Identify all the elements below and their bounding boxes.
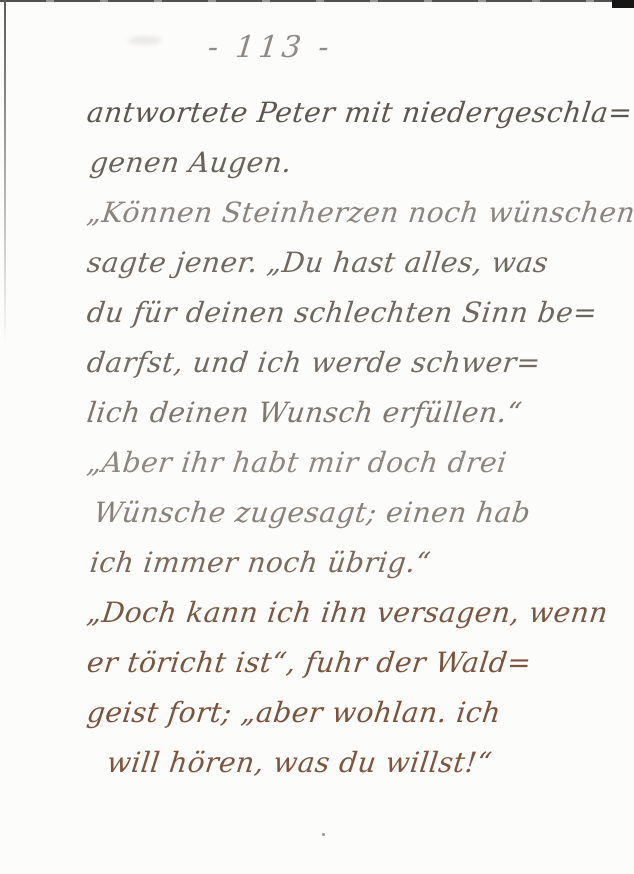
scan-artifact-top-edge <box>0 0 634 2</box>
handwritten-line: „Aber ihr habt mir doch drei <box>84 438 610 488</box>
handwritten-line: ich immer noch übrig.“ <box>84 538 610 588</box>
scan-artifact-speck <box>322 833 325 836</box>
handwritten-line: Wünsche zugesagt; einen hab <box>84 488 610 538</box>
handwritten-line: will hören, was du willst!“ <box>84 738 610 788</box>
handwritten-line: geist fort; „aber wohlan. ich <box>84 688 610 738</box>
handwritten-line: sagte jener. „Du hast alles, was <box>84 238 610 288</box>
handwritten-line: er töricht ist“, fuhr der Wald= <box>84 638 610 688</box>
page-number: - 113 - <box>206 30 334 65</box>
scan-artifact-smudge <box>128 36 162 45</box>
handwritten-line: genen Augen. <box>84 138 610 188</box>
scanned-manuscript-page: - 113 - antwortete Peter mit niedergesch… <box>0 0 634 874</box>
handwritten-line: lich deinen Wunsch erfüllen.“ <box>84 388 610 438</box>
handwritten-line: antwortete Peter mit niedergeschla= <box>84 88 610 138</box>
scan-artifact-left-edge <box>4 0 6 345</box>
handwritten-line: „Doch kann ich ihn versagen, wenn <box>84 588 610 638</box>
scan-artifact-corner-mark <box>612 0 634 8</box>
handwritten-line: darfst, und ich werde schwer= <box>84 338 610 388</box>
handwritten-line: „Können Steinherzen noch wünschen?“, <box>84 188 610 238</box>
handwritten-line: du für deinen schlechten Sinn be= <box>84 288 610 338</box>
handwritten-text-block: antwortete Peter mit niedergeschla= gene… <box>84 88 604 788</box>
